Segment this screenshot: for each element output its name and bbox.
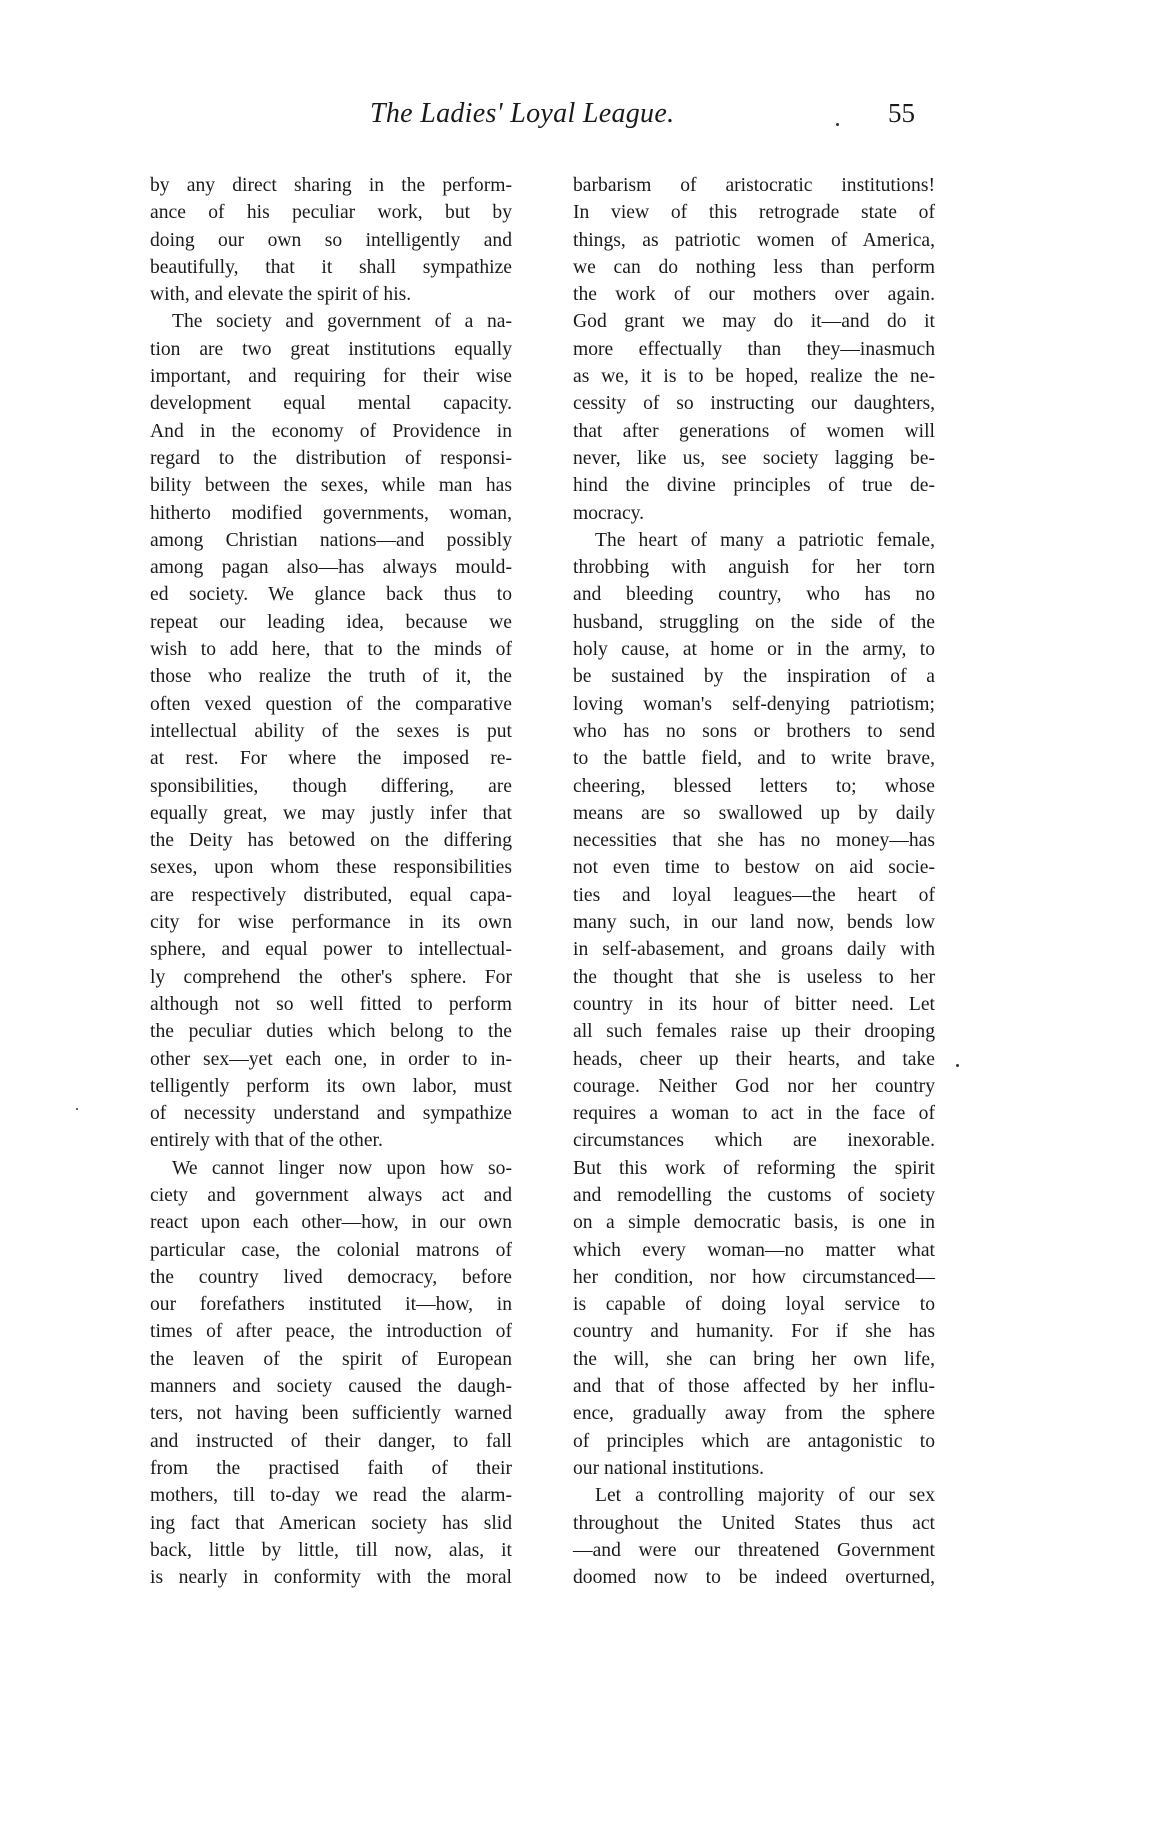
text-line: ters, not having been sufficiently warne… [150,1400,512,1427]
text-line: never, like us, see society lagging be- [573,445,935,472]
text-line: in self-abasement, and groans daily with [573,936,935,963]
text-line: repeat our leading idea, because we [150,609,512,636]
text-line: other sex—yet each one, in order to in- [150,1046,512,1073]
text-line: although not so well fitted to perform [150,991,512,1018]
text-line: and that of those affected by her influ- [573,1373,935,1400]
text-line: of necessity understand and sympathize [150,1100,512,1127]
text-line: all such females raise up their drooping [573,1018,935,1045]
text-line: as we, it is to be hoped, realize the ne… [573,363,935,390]
text-line: God grant we may do it—and do it [573,308,935,335]
text-line: The society and government of a na- [150,308,512,335]
text-line: country in its hour of bitter need. Let [573,991,935,1018]
text-line: to the battle field, and to write brave, [573,745,935,772]
text-line: react upon each other—how, in our own [150,1209,512,1236]
text-column-right: barbarism of aristocratic institutions!I… [573,172,935,1591]
text-line: our forefathers instituted it—how, in [150,1291,512,1318]
text-line: things, as patriotic women of America, [573,227,935,254]
text-line: ance of his peculiar work, but by [150,199,512,226]
book-page: The Ladies' Loyal League. 55 by any dire… [0,0,1152,1825]
text-line: often vexed question of the comparative [150,691,512,718]
text-line: with, and elevate the spirit of his. [150,281,512,308]
text-line: sphere, and equal power to intellectual- [150,936,512,963]
text-line: beautifully, that it shall sympathize [150,254,512,281]
text-line: and remodelling the customs of society [573,1182,935,1209]
text-line: cheering, blessed letters to; whose [573,773,935,800]
text-column-left: by any direct sharing in the perform-anc… [150,172,512,1591]
text-line: ing fact that American society has slid [150,1510,512,1537]
text-line: which every woman—no matter what [573,1237,935,1264]
running-header: The Ladies' Loyal League. 55 [130,98,915,138]
text-line: doomed now to be indeed overturned, [573,1564,935,1591]
text-line: regard to the distribution of responsi- [150,445,512,472]
text-line: equally great, we may justly infer that [150,800,512,827]
text-line: tion are two great institutions equally [150,336,512,363]
text-line: many such, in our land now, bends low [573,909,935,936]
text-line: by any direct sharing in the perform- [150,172,512,199]
text-line: and bleeding country, who has no [573,581,935,608]
text-line: particular case, the colonial matrons of [150,1237,512,1264]
text-line: more effectually than they—inasmuch [573,336,935,363]
text-line: those who realize the truth of it, the [150,663,512,690]
text-line: ly comprehend the other's sphere. For [150,964,512,991]
text-line: husband, struggling on the side of the [573,609,935,636]
text-line: ed society. We glance back thus to [150,581,512,608]
text-line: —and were our threatened Government [573,1537,935,1564]
text-line: is capable of doing loyal service to [573,1291,935,1318]
text-line: ciety and government always act and [150,1182,512,1209]
text-line: of principles which are antagonistic to [573,1428,935,1455]
text-line: not even time to bestow on aid socie- [573,854,935,881]
text-line: necessities that she has no money—has [573,827,935,854]
text-line: back, little by little, till now, alas, … [150,1537,512,1564]
text-line: We cannot linger now upon how so- [150,1155,512,1182]
text-line: on a simple democratic basis, is one in [573,1209,935,1236]
text-line: mocracy. [573,500,935,527]
text-line: times of after peace, the introduction o… [150,1318,512,1345]
text-line: doing our own so intelligently and [150,227,512,254]
text-line: circumstances which are inexorable. [573,1127,935,1154]
text-line: that after generations of women will [573,418,935,445]
text-line: loving woman's self-denying patriotism; [573,691,935,718]
text-line: the thought that she is useless to her [573,964,935,991]
scan-speck [76,1108,78,1110]
text-line: barbarism of aristocratic institutions! [573,172,935,199]
text-line: mothers, till to-day we read the alarm- [150,1482,512,1509]
text-line: among Christian nations—and possibly [150,527,512,554]
scan-speck [956,1064,959,1067]
text-line: the Deity has betowed on the differing [150,827,512,854]
text-line: sponsibilities, though differing, are [150,773,512,800]
text-line: throughout the United States thus act [573,1510,935,1537]
text-line: city for wise performance in its own [150,909,512,936]
text-line: wish to add here, that to the minds of [150,636,512,663]
text-line: ties and loyal leagues—the heart of [573,882,935,909]
scan-speck [836,123,839,126]
text-line: who has no sons or brothers to send [573,718,935,745]
text-line: important, and requiring for their wise [150,363,512,390]
text-line: her condition, nor how circumstanced— [573,1264,935,1291]
text-line: hind the divine principles of true de- [573,472,935,499]
text-line: requires a woman to act in the face of [573,1100,935,1127]
text-line: sexes, upon whom these responsibilities [150,854,512,881]
text-line: our national institutions. [573,1455,935,1482]
text-line: holy cause, at home or in the army, to [573,636,935,663]
text-line: entirely with that of the other. [150,1127,512,1154]
text-line: manners and society caused the daugh- [150,1373,512,1400]
text-line: at rest. For where the imposed re- [150,745,512,772]
text-line: the will, she can bring her own life, [573,1346,935,1373]
text-line: means are so swallowed up by daily [573,800,935,827]
text-line: The heart of many a patriotic female, [573,527,935,554]
page-number: 55 [888,98,915,129]
text-line: is nearly in conformity with the moral [150,1564,512,1591]
text-line: And in the economy of Providence in [150,418,512,445]
text-line: cessity of so instructing our daughters, [573,390,935,417]
text-line: bility between the sexes, while man has [150,472,512,499]
text-line: the leaven of the spirit of European [150,1346,512,1373]
running-title: The Ladies' Loyal League. [370,98,674,130]
text-line: from the practised faith of their [150,1455,512,1482]
text-line: throbbing with anguish for her torn [573,554,935,581]
text-line: country and humanity. For if she has [573,1318,935,1345]
text-line: are respectively distributed, equal capa… [150,882,512,909]
text-line: In view of this retrograde state of [573,199,935,226]
text-line: hitherto modified governments, woman, [150,500,512,527]
text-line: intellectual ability of the sexes is put [150,718,512,745]
text-line: development equal mental capacity. [150,390,512,417]
text-line: among pagan also—has always mould- [150,554,512,581]
text-line: the country lived democracy, before [150,1264,512,1291]
text-line: we can do nothing less than perform [573,254,935,281]
text-line: But this work of reforming the spirit [573,1155,935,1182]
text-line: be sustained by the inspiration of a [573,663,935,690]
text-line: the work of our mothers over again. [573,281,935,308]
text-line: Let a controlling majority of our sex [573,1482,935,1509]
text-line: courage. Neither God nor her country [573,1073,935,1100]
text-line: ence, gradually away from the sphere [573,1400,935,1427]
text-line: heads, cheer up their hearts, and take [573,1046,935,1073]
text-line: and instructed of their danger, to fall [150,1428,512,1455]
text-line: telligently perform its own labor, must [150,1073,512,1100]
text-line: the peculiar duties which belong to the [150,1018,512,1045]
